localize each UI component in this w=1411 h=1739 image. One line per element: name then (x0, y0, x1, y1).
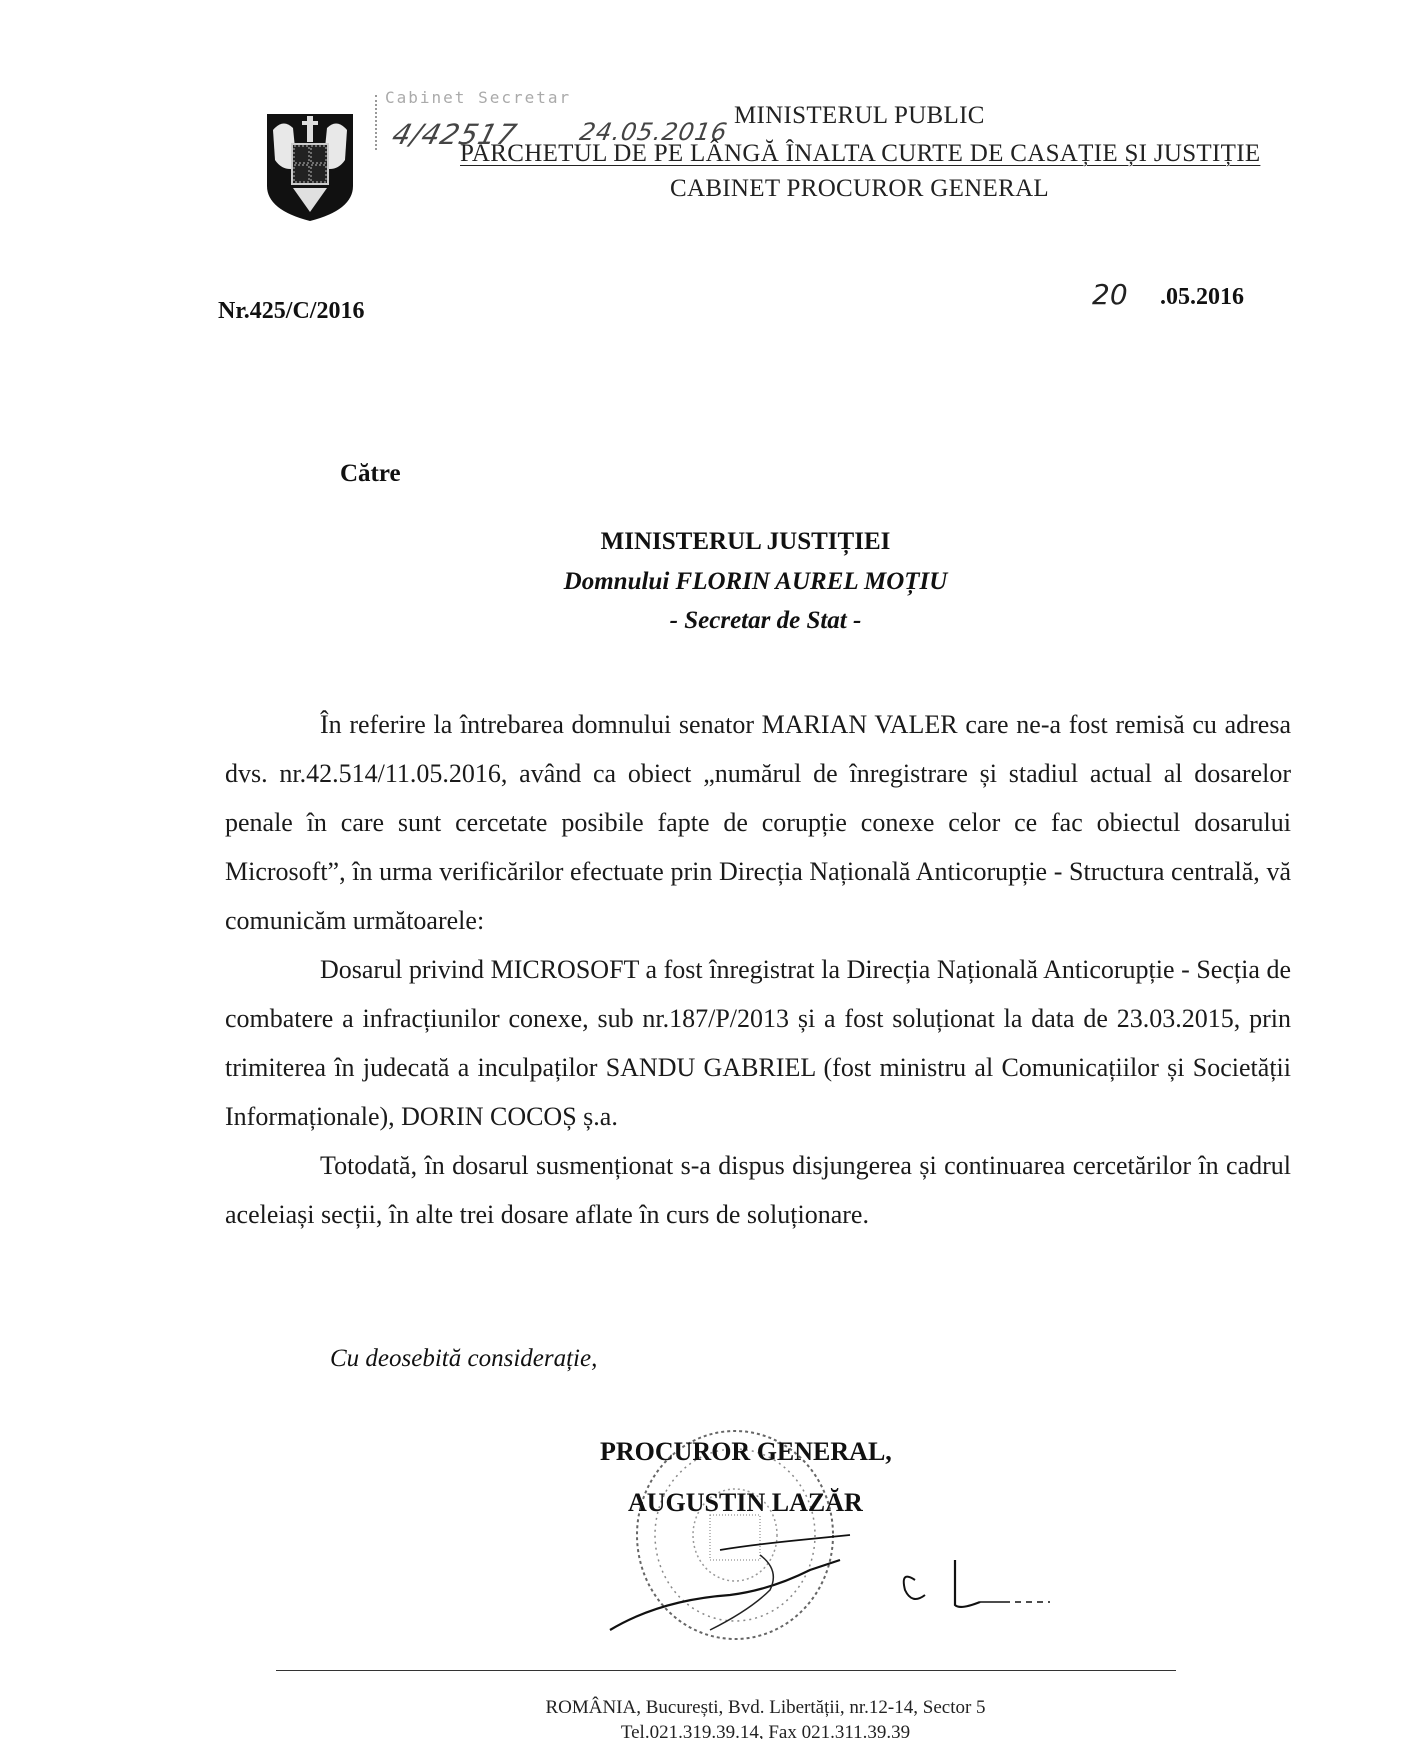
date-month-year: .05.2016 (1160, 284, 1244, 311)
footer-divider (276, 1670, 1176, 1671)
date-day-handwritten: 20 (1092, 278, 1128, 311)
closing-salutation: Cu deosebită considerație, (330, 1345, 597, 1373)
body-paragraph: Totodată, în dosarul susmenționat s-a di… (225, 1141, 1291, 1239)
stamp-bracket (375, 95, 379, 150)
stamp-faint-label: Cabinet Secretar (385, 88, 571, 107)
addressee-role: - Secretar de Stat - (60, 607, 1411, 635)
romania-coat-of-arms-icon (263, 108, 357, 223)
letter-body: În referire la întrebarea domnului senat… (225, 700, 1291, 1239)
addressee-institution: MINISTERUL JUSTIȚIEI (40, 528, 1411, 556)
reference-number: Nr.425/C/2016 (218, 298, 364, 325)
footer-address: ROMÂNIA, București, Bvd. Libertății, nr.… (60, 1697, 1411, 1719)
body-paragraph: În referire la întrebarea domnului senat… (225, 700, 1291, 945)
signatory-title: PROCUROR GENERAL, (600, 1437, 892, 1467)
to-label: Către (340, 460, 401, 488)
letter-page: Cabinet Secretar 4/42517 24.05.2016 MINI… (0, 0, 1411, 1739)
header-cabinet: CABINET PROCUROR GENERAL (670, 175, 1049, 203)
addressee-person: Domnului FLORIN AUREL MOȚIU (50, 568, 1411, 596)
footer-contact: Tel.021.319.39.14, Fax 021.311.39.39 (60, 1722, 1411, 1739)
body-paragraph: Dosarul privind MICROSOFT a fost înregis… (225, 945, 1291, 1141)
header-parchet: PARCHETUL DE PE LÂNGĂ ÎNALTA CURTE DE CA… (460, 140, 1260, 168)
handwritten-signature-icon (600, 1510, 1060, 1650)
header-ministry: MINISTERUL PUBLIC (734, 102, 985, 130)
